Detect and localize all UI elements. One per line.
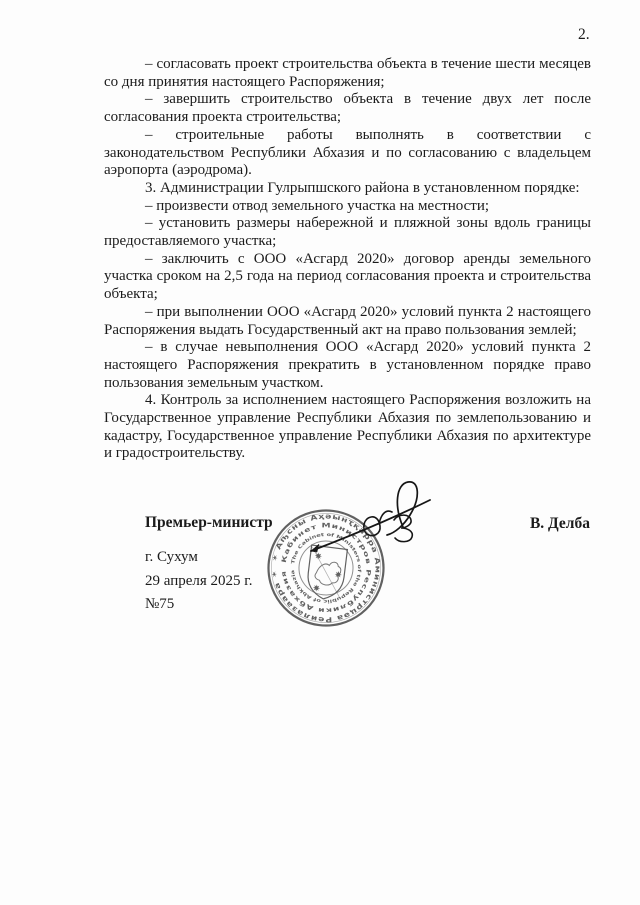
document-number: №75 — [145, 596, 174, 613]
official-stamp-icon: ✶ Аҧсны Аҳәынҭқарра Аминистрцәа Реилазаа… — [262, 504, 390, 632]
signer-name: В. Делба — [530, 515, 590, 533]
document-page: 2. – согласовать проект строительства об… — [0, 0, 640, 905]
signature-city: г. Сухум — [145, 549, 198, 566]
paragraph: – в случае невыполнения ООО «Асгард 2020… — [104, 339, 591, 392]
page-number: 2. — [578, 26, 590, 44]
paragraph: 4. Контроль за исполнением настоящего Ра… — [104, 392, 591, 463]
stamp-coat-of-arms-icon — [305, 545, 347, 601]
paragraph: – установить размеры набережной и пляжно… — [104, 215, 591, 250]
paragraph: – строительные работы выполнять в соотве… — [104, 127, 591, 180]
signature-date: 29 апреля 2025 г. — [145, 573, 253, 590]
paragraph: – заключить с ООО «Асгард 2020» договор … — [104, 251, 591, 304]
paragraph: – произвести отвод земельного участка на… — [104, 198, 591, 216]
paragraph: – согласовать проект строительства объек… — [104, 56, 591, 91]
paragraph: – при выполнении ООО «Асгард 2020» услов… — [104, 304, 591, 339]
paragraph: – завершить строительство объекта в тече… — [104, 91, 591, 126]
paragraph: 3. Администрации Гулрыпшского района в у… — [104, 180, 591, 198]
document-body: – согласовать проект строительства объек… — [104, 56, 591, 463]
stamp-and-signature-area: ✶ Аҧсны Аҳәынҭқарра Аминистрцәа Реилазаа… — [240, 470, 460, 640]
